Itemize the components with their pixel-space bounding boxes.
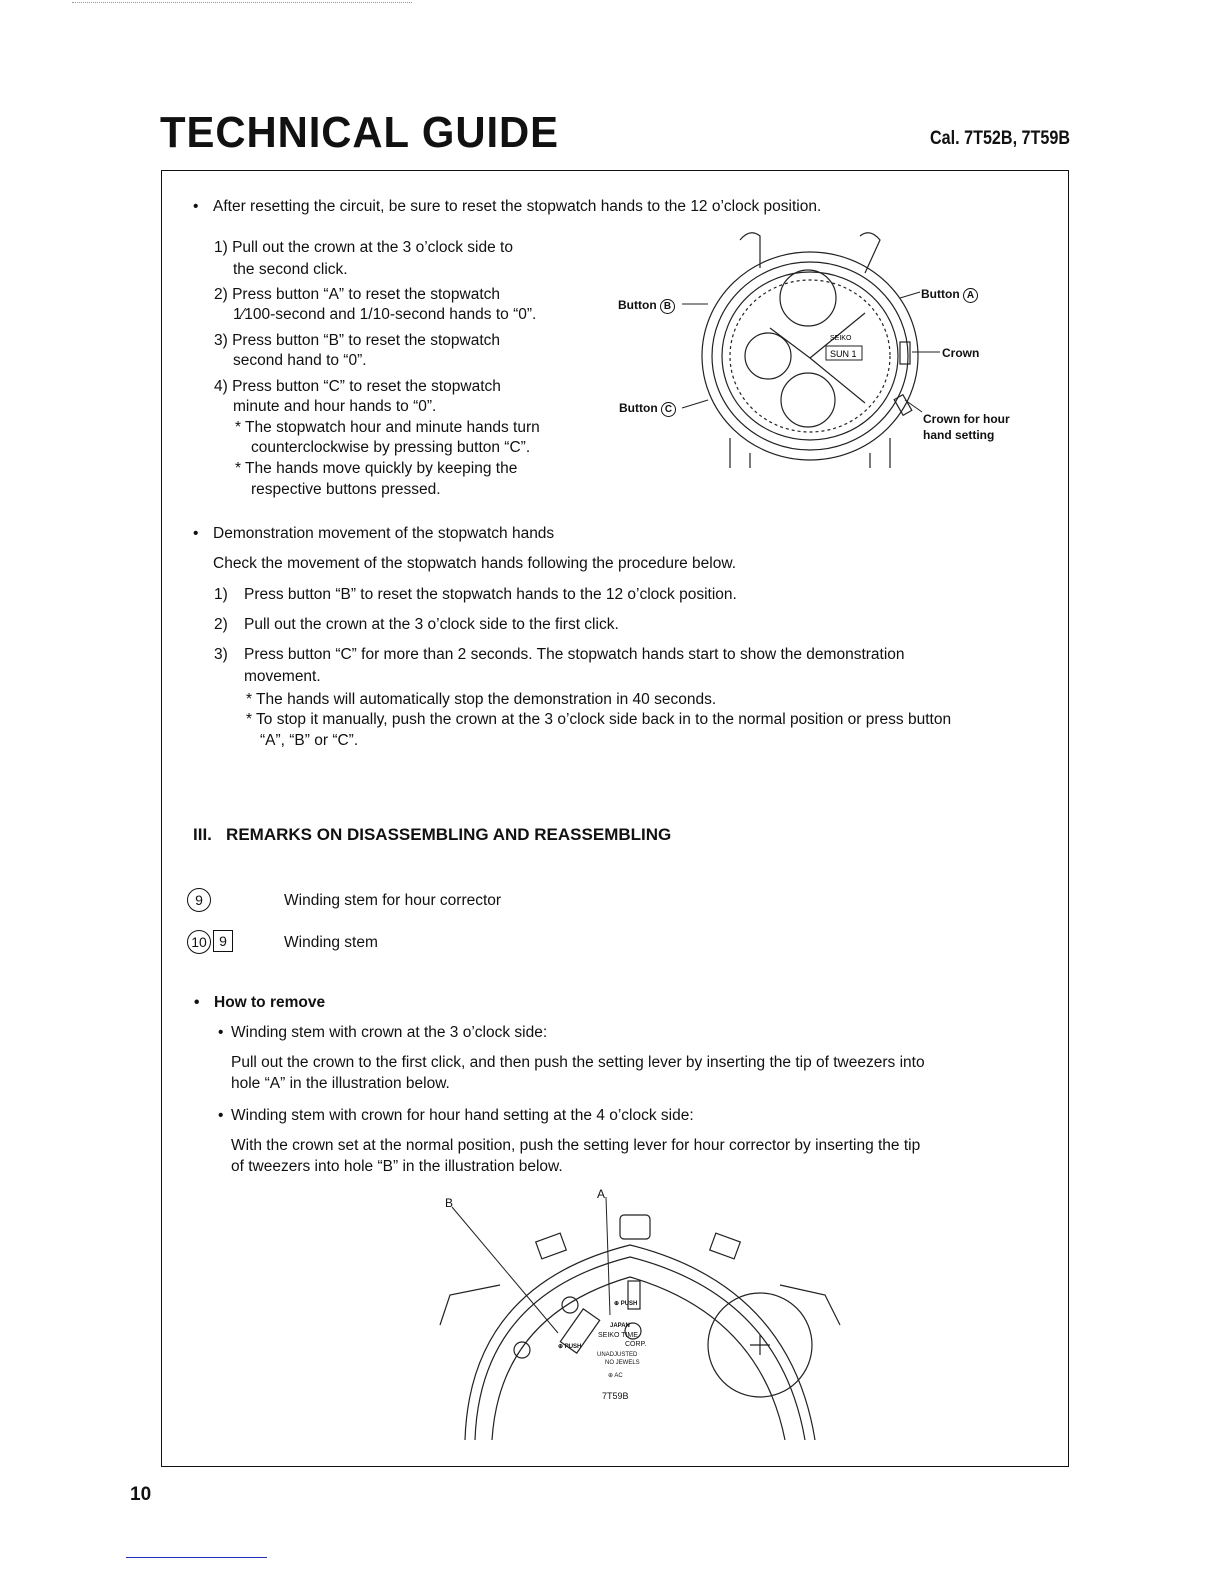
how-to-remove-title: How to remove xyxy=(214,993,325,1013)
remove-item-2-title: Winding stem with crown for hour hand se… xyxy=(231,1106,694,1126)
demo-intro: Check the movement of the stopwatch hand… xyxy=(213,554,736,574)
reset-step-3-line2: second hand to “0”. xyxy=(233,351,367,371)
label-crown-hour-2: hand setting xyxy=(923,428,994,442)
part-name-2: Winding stem xyxy=(284,933,378,953)
demo-step-3: Press button “C” for more than 2 seconds… xyxy=(244,645,905,665)
footer-link-underline[interactable] xyxy=(126,1557,267,1558)
reset-step-2-line1: 2) Press button “A” to reset the stopwat… xyxy=(214,285,500,305)
demo-step-2: Pull out the crown at the 3 o’clock side… xyxy=(244,615,619,635)
unadjusted-label: UNADJUSTED xyxy=(597,1352,637,1358)
remove-item-2-line1: With the crown set at the normal positio… xyxy=(231,1136,920,1156)
reset-step-3-line1: 3) Press button “B” to reset the stopwat… xyxy=(214,331,500,351)
leader-lines xyxy=(600,280,940,420)
part-number-circle: 9 xyxy=(187,888,211,912)
reset-note-1-line2: counterclockwise by pressing button “C”. xyxy=(251,438,530,458)
page-title: TECHNICAL GUIDE xyxy=(160,108,559,158)
scan-artifact xyxy=(72,2,412,4)
part-number-circle: 10 xyxy=(187,930,211,954)
page-number: 10 xyxy=(130,1484,151,1506)
sub-bullet-2: • xyxy=(218,1106,223,1126)
push-label-2: ⊕ PUSH xyxy=(558,1343,581,1350)
jewels-label: NO JEWELS xyxy=(605,1360,640,1366)
part-row-1: 9 xyxy=(187,888,211,912)
demo-note-1: * The hands will automatically stop the … xyxy=(246,690,716,710)
reset-step-4-line1: 4) Press button “C” to reset the stopwat… xyxy=(214,377,501,397)
maker-label-2: CORP. xyxy=(625,1341,646,1348)
demo-step-1-num: 1) xyxy=(214,585,228,605)
reset-step-1-line2: the second click. xyxy=(233,260,348,280)
movement-calibre: 7T59B xyxy=(602,1391,629,1401)
reset-step-2-line2: 1⁄100-second and 1/10-second hands to “0… xyxy=(233,305,536,325)
reset-note-1-line1: * The stopwatch hour and minute hands tu… xyxy=(235,418,540,438)
reset-step-4-line2: minute and hour hands to “0”. xyxy=(233,397,436,417)
japan-label: JAPAN xyxy=(610,1323,630,1329)
demo-step-3-num: 3) xyxy=(214,645,228,665)
calibre-label: Cal. 7T52B, 7T59B xyxy=(930,128,1070,150)
demo-note-2: * To stop it manually, push the crown at… xyxy=(246,710,951,730)
reset-intro: After resetting the circuit, be sure to … xyxy=(213,197,821,217)
remove-item-1-line1: Pull out the crown to the first click, a… xyxy=(231,1053,925,1073)
remarks-heading: III. REMARKS ON DISASSEMBLING AND REASSE… xyxy=(193,825,671,845)
reset-note-2-line1: * The hands move quickly by keeping the xyxy=(235,459,517,479)
movement-drawing xyxy=(430,1185,850,1440)
reset-note-2-line2: respective buttons pressed. xyxy=(251,480,441,500)
label-crown: Crown xyxy=(942,346,979,360)
part-row-2: 10 9 xyxy=(187,930,233,954)
remove-item-1-line2: hole “A” in the illustration below. xyxy=(231,1074,450,1094)
demo-step-3-cont: movement. xyxy=(244,667,321,687)
sub-bullet-1: • xyxy=(218,1023,223,1043)
hole-b-label: B xyxy=(445,1196,453,1210)
demo-bullet: Demonstration movement of the stopwatch … xyxy=(213,524,554,544)
demo-step-1: Press button “B” to reset the stopwatch … xyxy=(244,585,737,605)
maker-label-1: SEIKO TIME xyxy=(598,1332,638,1339)
reset-step-1-line1: 1) Pull out the crown at the 3 o’clock s… xyxy=(214,238,513,258)
remove-item-2-line2: of tweezers into hole “B” in the illustr… xyxy=(231,1157,563,1177)
button-a-marker: A xyxy=(963,288,978,303)
part-name-1: Winding stem for hour corrector xyxy=(284,891,501,911)
push-label-1: ⊕ PUSH xyxy=(614,1300,637,1307)
remove-item-1-title: Winding stem with crown at the 3 o’clock… xyxy=(231,1023,547,1043)
part-number-square: 9 xyxy=(213,930,233,952)
ac-label: ⊕ AC xyxy=(608,1372,623,1379)
demo-note-2-cont: “A”, “B” or “C”. xyxy=(260,731,358,751)
demo-step-2-num: 2) xyxy=(214,615,228,635)
hole-a-label: A xyxy=(597,1187,605,1201)
